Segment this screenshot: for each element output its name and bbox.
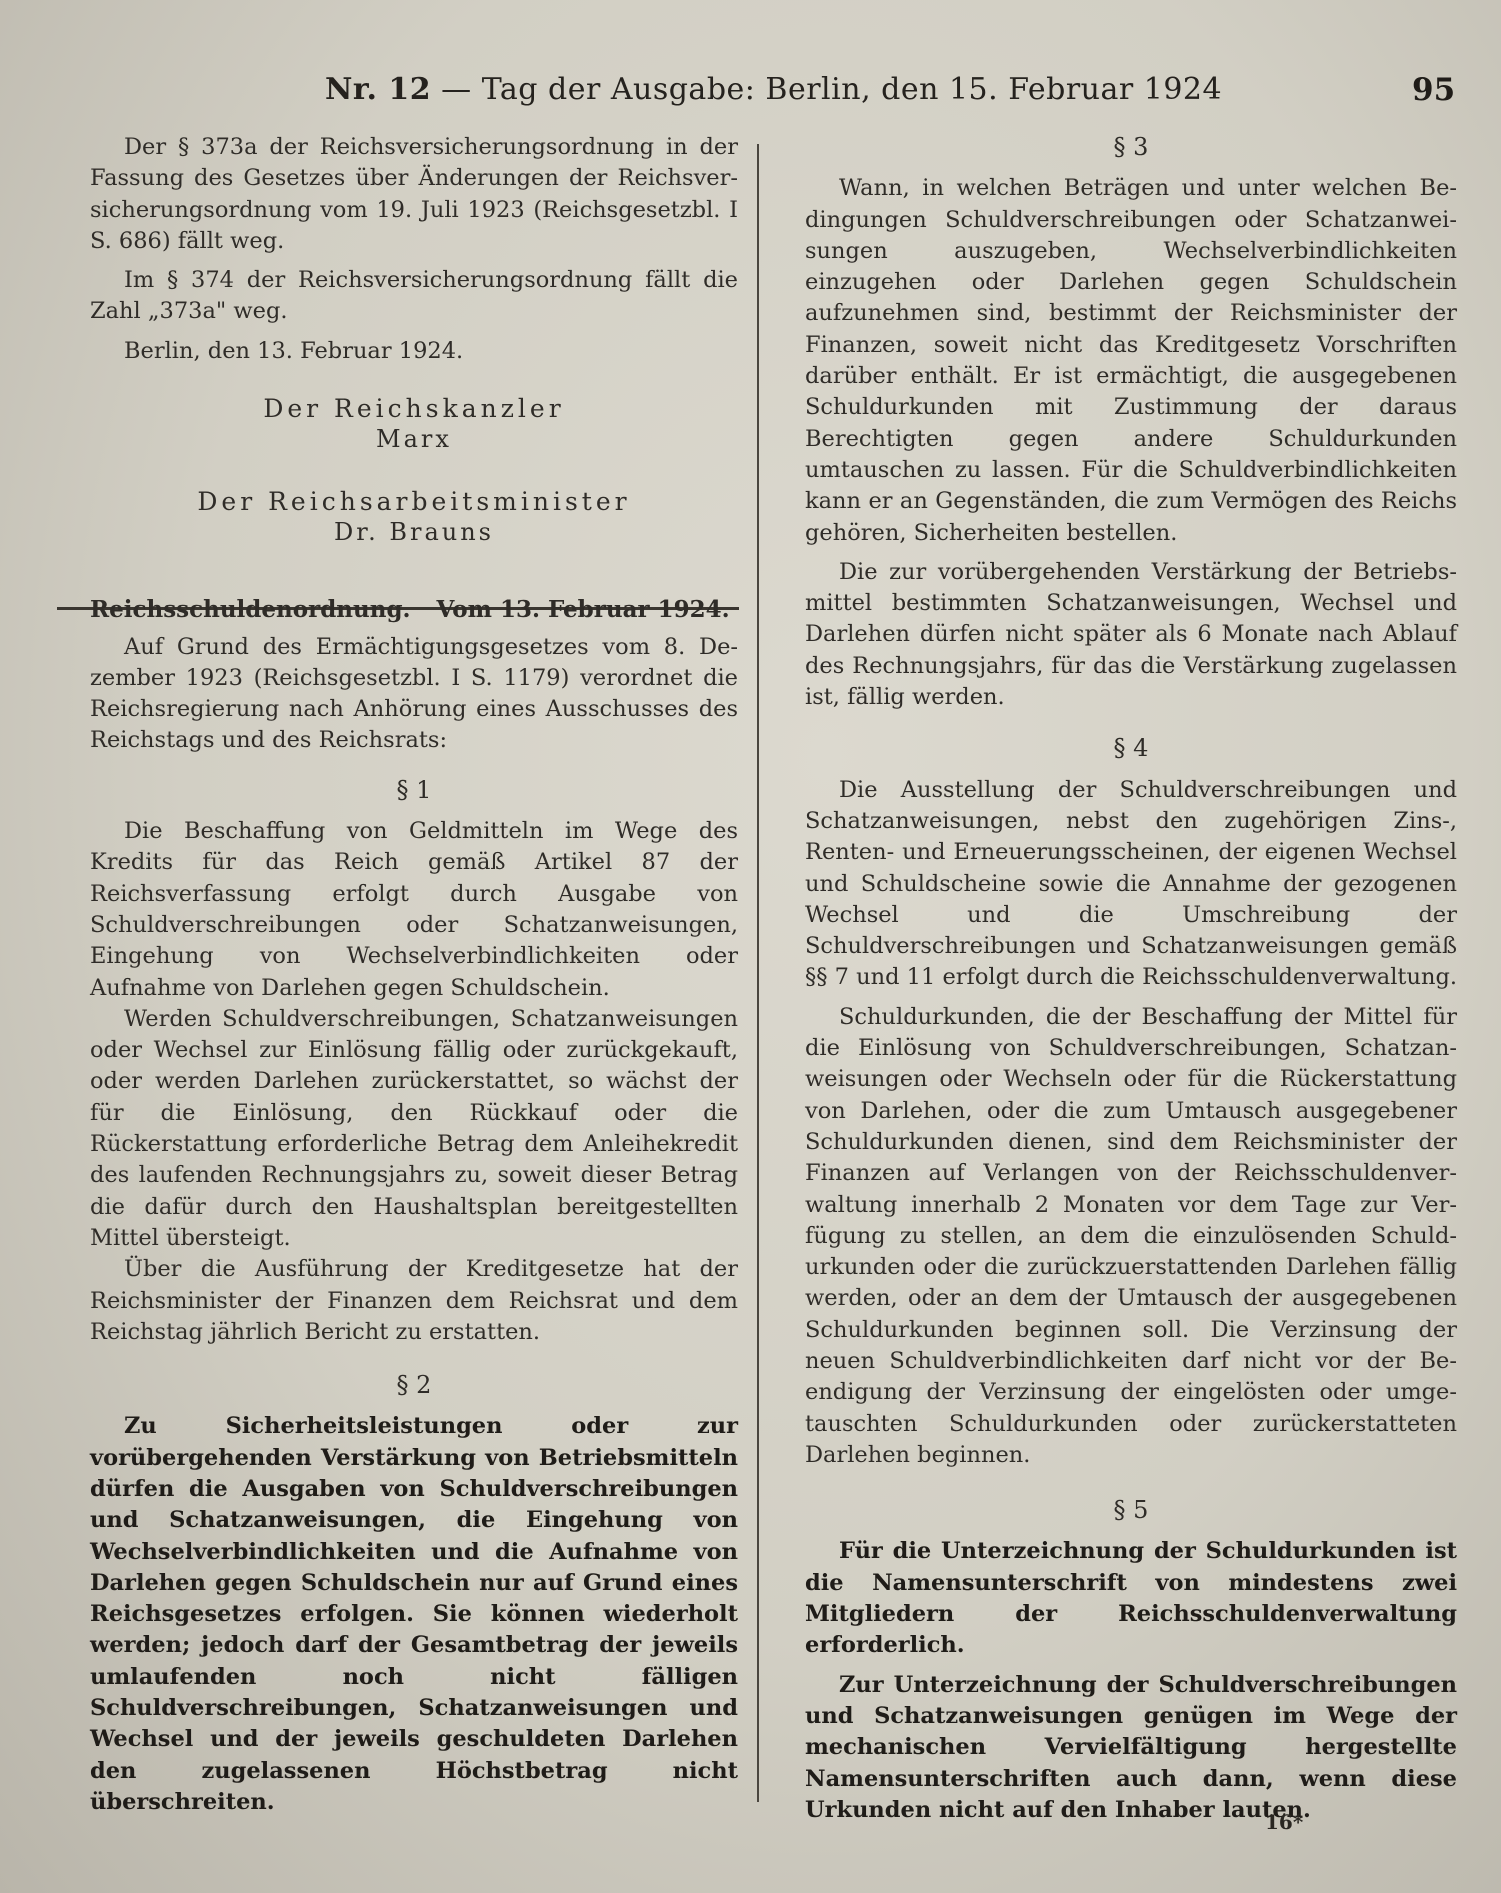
decree-date: Vom 13. Februar 1924. (437, 596, 730, 623)
amendment-paragraph-1: Der § 373a der Reichsversicherungsordnun… (90, 132, 738, 257)
section-1-paragraph-3: Über die Ausführung der Kreditgesetze ha… (90, 1254, 738, 1348)
section-3-paragraph-2: Die zur vorübergehenden Verstärkung der … (805, 557, 1457, 713)
signature-name-chancellor: Marx (90, 424, 738, 455)
section-mark-3: § 3 (805, 132, 1457, 163)
page-header: Nr. 12 — Tag der Ausgabe: Berlin, den 15… (0, 72, 1501, 122)
signature-block: Der Reichskanzler Marx Der Reichsarbeits… (90, 393, 738, 548)
column-divider (757, 144, 759, 1802)
place-date-line: Berlin, den 13. Februar 1924. (90, 336, 738, 367)
decree-title: Reichsschuldenordnung. (90, 596, 411, 623)
header-title: Nr. 12 — Tag der Ausgabe: Berlin, den 15… (325, 72, 1222, 107)
section-2-paragraph-1: Zu Sicherheitsleistungen oder zur vorübe… (90, 1411, 738, 1818)
issue-date: Tag der Ausgabe: Berlin, den 15. Februar… (482, 72, 1222, 107)
section-3-paragraph-1: Wann, in welchen Beträgen und unter welc… (805, 173, 1457, 549)
header-dash: — (431, 72, 482, 107)
signature-title-chancellor: Der Reichskanzler (90, 393, 738, 424)
section-5-paragraph-1: Für die Unterzeichnung der Schuldurkunde… (805, 1536, 1457, 1661)
decree-title-line: Reichsschuldenordnung.Vom 13. Februar 19… (90, 594, 738, 625)
section-mark-5: § 5 (805, 1495, 1457, 1526)
sheet-signature-mark: 16* (1265, 1810, 1303, 1834)
left-column: Der § 373a der Reichsversicherungsordnun… (90, 132, 738, 1818)
amendment-paragraph-2: Im § 374 der Reichsversicherungsordnung … (90, 265, 738, 328)
section-mark-2: § 2 (90, 1370, 738, 1401)
section-mark-4: § 4 (805, 733, 1457, 764)
section-4-paragraph-2: Schuldurkunden, die der Beschaffung der … (805, 1002, 1457, 1471)
right-column: § 3 Wann, in welchen Beträgen und unter … (805, 132, 1457, 1826)
section-5-paragraph-2: Zur Unterzeichnung der Schuldverschreibu… (805, 1670, 1457, 1826)
section-1-paragraph-1: Die Beschaffung von Geldmitteln im Wege … (90, 816, 738, 1004)
signature-name-labour-minister: Dr. Brauns (90, 517, 738, 548)
section-mark-1: § 1 (90, 775, 738, 806)
signature-title-labour-minister: Der Reichsarbeitsminister (90, 486, 738, 517)
section-1-paragraph-2: Werden Schuldverschreibungen, Schatzanwe… (90, 1004, 738, 1254)
decree-preamble: Auf Grund des Ermächtigungsgesetzes vom … (90, 632, 738, 757)
section-4-paragraph-1: Die Ausstellung der Schuldverschreibunge… (805, 775, 1457, 994)
issue-number: Nr. 12 (325, 72, 431, 107)
page-number: 95 (1412, 72, 1455, 108)
